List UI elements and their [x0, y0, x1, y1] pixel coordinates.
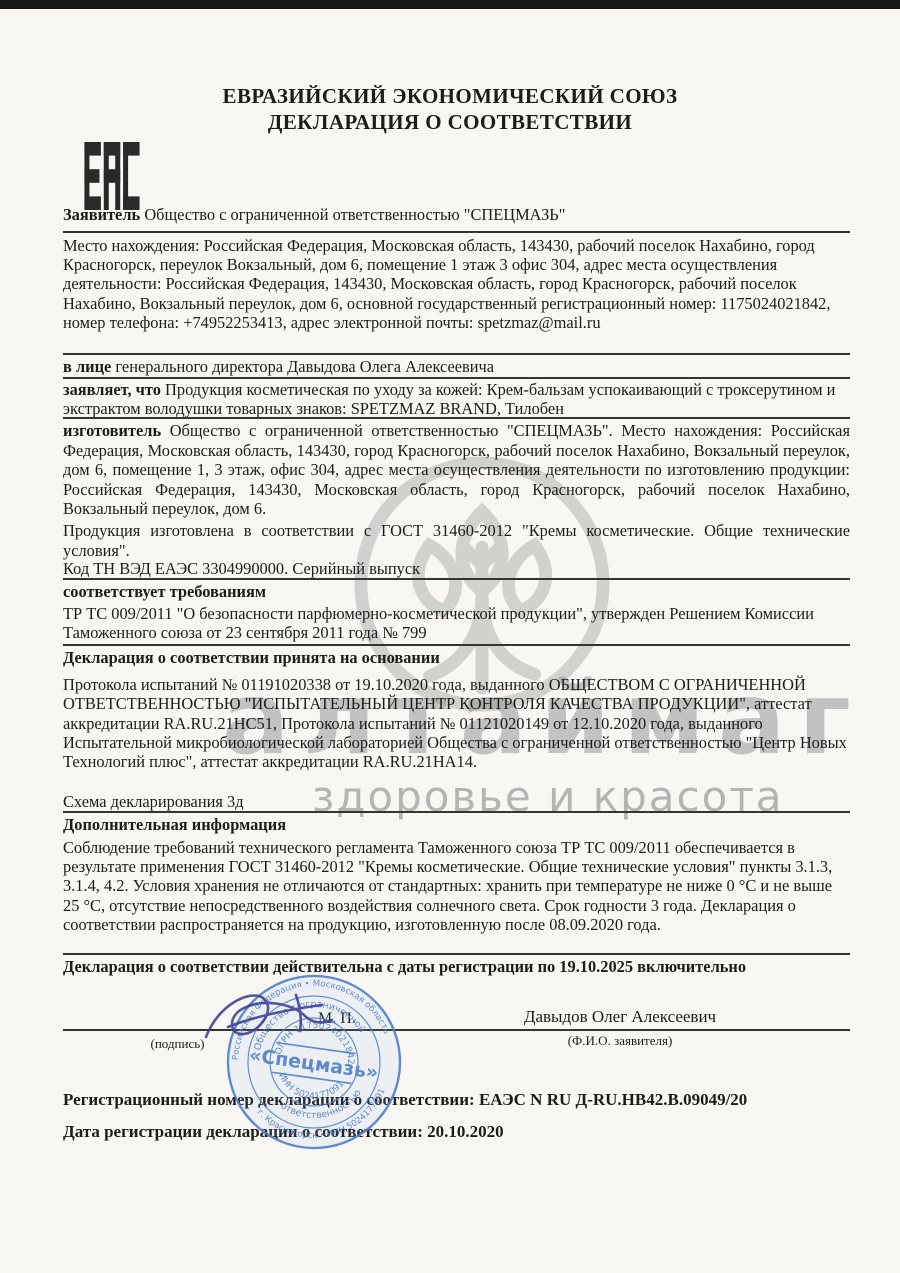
declares-paragraph: заявляет, что Продукция косметическая по…: [63, 381, 850, 418]
divider: [63, 578, 850, 580]
signature-caption: (подпись): [90, 1036, 265, 1052]
mp-label: М. П.: [318, 1010, 356, 1028]
additional-heading: Дополнительная информация: [63, 815, 850, 834]
divider: [63, 953, 850, 955]
eac-letter-a: [104, 142, 120, 210]
in-person-row: в лице генерального директора Давыдова О…: [63, 357, 850, 376]
scheme-row: Схема декларирования 3д: [63, 792, 850, 811]
divider: [63, 353, 850, 355]
basis-heading: Декларация о соответствии принята на осн…: [63, 648, 850, 667]
union-title: ЕВРАЗИЙСКИЙ ЭКОНОМИЧЕСКИЙ СОЮЗ: [0, 84, 900, 109]
registration-number-label: Регистрационный номер декларации о соотв…: [63, 1090, 475, 1109]
divider: [63, 377, 850, 379]
validity-row: Декларация о соответствии действительна …: [63, 957, 850, 976]
registration-number-value: ЕАЭС N RU Д-RU.НВ42.В.09049/20: [479, 1090, 747, 1109]
tnved-row: Код ТН ВЭД ЕАЭС 3304990000. Серийный вып…: [63, 559, 850, 578]
divider: [63, 644, 850, 646]
complies-paragraph: ТР ТС 009/2011 "О безопасности парфюмерн…: [63, 604, 850, 642]
registration-date-label: Дата регистрации декларации о соответств…: [63, 1122, 423, 1141]
additional-paragraph: Соблюдение требований технического регла…: [63, 838, 850, 934]
eac-letter-e: [84, 142, 100, 210]
divider: [63, 231, 850, 233]
eac-mark-icon: [84, 142, 140, 210]
divider: [63, 811, 850, 813]
applicant-name: Давыдов Олег Алексеевич: [390, 1007, 850, 1027]
document-title: ДЕКЛАРАЦИЯ О СООТВЕТСТВИИ: [0, 110, 900, 135]
applicant-value: Общество с ограниченной ответственностью…: [144, 205, 565, 224]
registration-date-value: 20.10.2020: [427, 1122, 504, 1141]
eac-letter-c: [123, 142, 139, 210]
in-person-label: в лице: [63, 357, 111, 376]
registration-date-row: Дата регистрации декларации о соответств…: [63, 1122, 863, 1142]
manufacturer-value: Общество с ограниченной ответственностью…: [63, 421, 850, 518]
signature-line: [63, 1029, 850, 1031]
complies-heading: соответствует требованиям: [63, 582, 850, 601]
applicant-row: Заявитель Общество с ограниченной ответс…: [63, 205, 850, 224]
name-caption: (Ф.И.О. заявителя): [390, 1033, 850, 1049]
manufacturer-label: изготовитель: [63, 421, 161, 440]
applicant-label: Заявитель: [63, 205, 140, 224]
divider: [63, 417, 850, 419]
manufacturer-paragraph: изготовитель Общество с ограниченной отв…: [63, 421, 850, 519]
declares-value: Продукция косметическая по уходу за коже…: [63, 380, 835, 418]
declaration-document: алтаймаг здоровье и красота ЕВРАЗИЙСКИЙ …: [0, 0, 900, 1273]
registration-number-row: Регистрационный номер декларации о соотв…: [63, 1090, 863, 1110]
location-paragraph: Место нахождения: Российская Федерация, …: [63, 236, 850, 332]
gost-paragraph: Продукция изготовлена в соответствии с Г…: [63, 521, 850, 560]
document-body: ЕВРАЗИЙСКИЙ ЭКОНОМИЧЕСКИЙ СОЮЗ ДЕКЛАРАЦИ…: [0, 0, 900, 1273]
declares-label: заявляет, что: [63, 380, 161, 399]
in-person-value: генерального директора Давыдова Олега Ал…: [115, 357, 494, 376]
basis-paragraph: Протокола испытаний № 01191020338 от 19.…: [63, 675, 850, 771]
